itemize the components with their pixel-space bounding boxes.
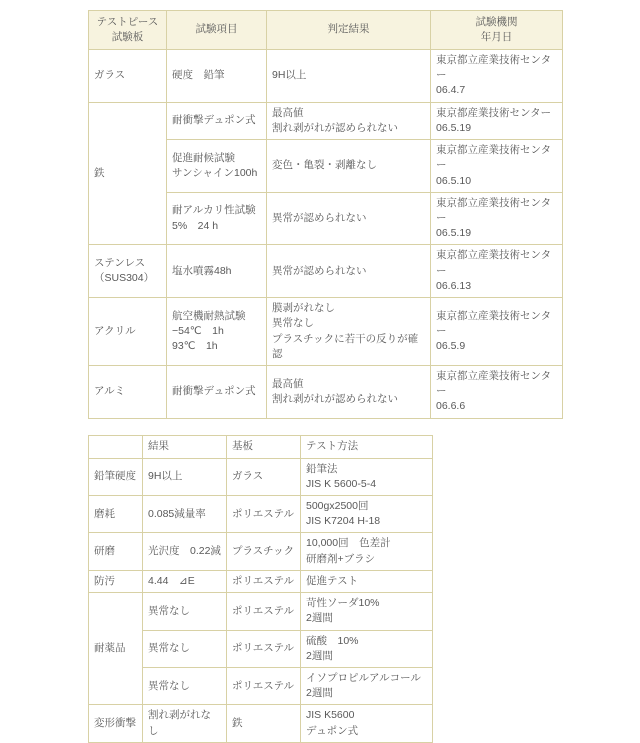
table-cell: 東京都立産業技術センター 06.6.6 — [431, 365, 563, 418]
table-cell: 10,000回 色差計 研磨剤+ブラシ — [301, 533, 433, 570]
table-cell: 9H以上 — [143, 458, 227, 495]
header-cell: 基板 — [227, 435, 301, 458]
table-cell: アクリル — [89, 298, 167, 366]
table-cell: 耐衝撃デュポン式 — [167, 365, 267, 418]
header-cell: 試験機関 年月日 — [431, 11, 563, 50]
table-row: 変形衝撃割れ剥がれなし鉄JIS K5600 デュポン式 — [89, 705, 433, 742]
table-row: 防汚4.44 ⊿Eポリエステル促進テスト — [89, 570, 433, 592]
table-cell: 防汚 — [89, 570, 143, 592]
table-row: 鉄耐衝撃デュポン式最高値 割れ剥がれが認められない東京都産業技術センター 06.… — [89, 102, 563, 139]
table-cell: 最高値 割れ剥がれが認められない — [267, 365, 431, 418]
table-cell: 東京都立産業技術センター 06.5.9 — [431, 298, 563, 366]
table-row: ステンレス （SUS304）塩水噴霧48h異常が認められない東京都立産業技術セン… — [89, 245, 563, 298]
table-cell: ガラス — [227, 458, 301, 495]
table-cell: 異常なし — [143, 593, 227, 630]
table-cell: 異常なし — [143, 668, 227, 705]
header-cell — [89, 435, 143, 458]
table-cell: アルミ — [89, 365, 167, 418]
table-cell: 耐衝撃デュポン式 — [167, 102, 267, 139]
table-cell: 変色・亀裂・剥離なし — [267, 140, 431, 193]
header-cell: 判定結果 — [267, 11, 431, 50]
table-cell: 9H以上 — [267, 50, 431, 103]
table-cell: イソプロピルアルコール 2週間 — [301, 668, 433, 705]
table-cell: 東京都立産業技術センター 06.6.13 — [431, 245, 563, 298]
table-cell: 東京都立産業技術センター 06.5.19 — [431, 192, 563, 245]
test-results-table: テストピース 試験板試験項目判定結果試験機関 年月日ガラス硬度 鉛筆9H以上東京… — [88, 10, 563, 419]
table-cell: ポリエステル — [227, 593, 301, 630]
table-cell: ポリエステル — [227, 630, 301, 667]
table-cell: 研磨 — [89, 533, 143, 570]
page-content: テストピース 試験板試験項目判定結果試験機関 年月日ガラス硬度 鉛筆9H以上東京… — [0, 0, 640, 743]
table-cell: 耐薬品 — [89, 593, 143, 705]
table-cell: 500gx2500回 JIS K7204 H-18 — [301, 496, 433, 533]
table-cell: ガラス — [89, 50, 167, 103]
table-row: アルミ耐衝撃デュポン式最高値 割れ剥がれが認められない東京都立産業技術センター … — [89, 365, 563, 418]
table-cell: 塩水噴霧48h — [167, 245, 267, 298]
table-cell: 苛性ソーダ10% 2週間 — [301, 593, 433, 630]
coating-properties-table: 結果基板テスト方法鉛筆硬度9H以上ガラス鉛筆法 JIS K 5600-5-4磨耗… — [88, 435, 433, 743]
table-cell: 変形衝撃 — [89, 705, 143, 742]
table-cell: 割れ剥がれなし — [143, 705, 227, 742]
table-row: 鉛筆硬度9H以上ガラス鉛筆法 JIS K 5600-5-4 — [89, 458, 433, 495]
table-cell: 光沢度 0.22減 — [143, 533, 227, 570]
table-cell: 硫酸 10% 2週間 — [301, 630, 433, 667]
table-cell: ポリエステル — [227, 496, 301, 533]
table-cell: 鉛筆硬度 — [89, 458, 143, 495]
table-cell: 膜剥がれなし 異常なし プラスチックに若干の反りが確認 — [267, 298, 431, 366]
table-cell: 東京都立産業技術センター 06.4.7 — [431, 50, 563, 103]
table-cell: 4.44 ⊿E — [143, 570, 227, 592]
table-cell: プラスチック — [227, 533, 301, 570]
table-cell: 航空機耐熱試験 −54℃ 1h 93℃ 1h — [167, 298, 267, 366]
table-cell: ポリエステル — [227, 668, 301, 705]
table-cell: 耐アルカリ性試験 5% 24 h — [167, 192, 267, 245]
header-cell: 試験項目 — [167, 11, 267, 50]
table-cell: 東京都産業技術センター 06.5.19 — [431, 102, 563, 139]
table-row: 研磨光沢度 0.22減プラスチック10,000回 色差計 研磨剤+ブラシ — [89, 533, 433, 570]
table-cell: 最高値 割れ剥がれが認められない — [267, 102, 431, 139]
table-cell: 鉛筆法 JIS K 5600-5-4 — [301, 458, 433, 495]
table-cell: ポリエステル — [227, 570, 301, 592]
table-cell: 異常が認められない — [267, 192, 431, 245]
table-cell: 異常が認められない — [267, 245, 431, 298]
table-cell: JIS K5600 デュポン式 — [301, 705, 433, 742]
header-cell: 結果 — [143, 435, 227, 458]
table-cell: 鉄 — [89, 102, 167, 245]
table-cell: ステンレス （SUS304） — [89, 245, 167, 298]
table-cell: 0.085減量率 — [143, 496, 227, 533]
table-cell: 異常なし — [143, 630, 227, 667]
header-row: 結果基板テスト方法 — [89, 435, 433, 458]
table-cell: 促進テスト — [301, 570, 433, 592]
table-cell: 硬度 鉛筆 — [167, 50, 267, 103]
header-row: テストピース 試験板試験項目判定結果試験機関 年月日 — [89, 11, 563, 50]
table-row: ガラス硬度 鉛筆9H以上東京都立産業技術センター 06.4.7 — [89, 50, 563, 103]
table-cell: 促進耐候試験 サンシャイン100h — [167, 140, 267, 193]
table-row: 磨耗0.085減量率ポリエステル500gx2500回 JIS K7204 H-1… — [89, 496, 433, 533]
header-cell: テストピース 試験板 — [89, 11, 167, 50]
table-cell: 鉄 — [227, 705, 301, 742]
table-cell: 東京都立産業技術センター 06.5.10 — [431, 140, 563, 193]
table-row: 耐薬品異常なしポリエステル苛性ソーダ10% 2週間 — [89, 593, 433, 630]
table-row: アクリル航空機耐熱試験 −54℃ 1h 93℃ 1h膜剥がれなし 異常なし プラ… — [89, 298, 563, 366]
header-cell: テスト方法 — [301, 435, 433, 458]
table-cell: 磨耗 — [89, 496, 143, 533]
